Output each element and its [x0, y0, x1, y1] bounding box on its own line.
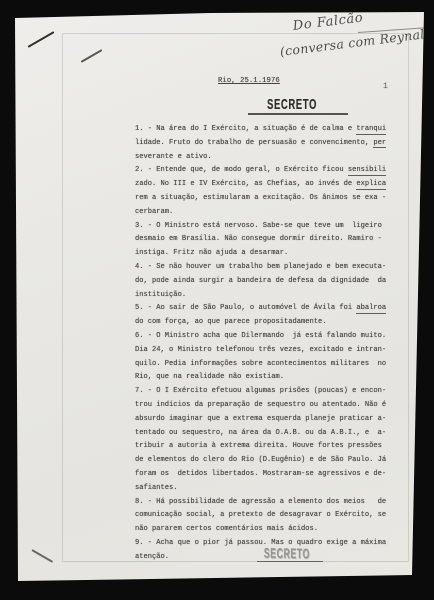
typed-line: do com força, ao que parece propositadam…: [135, 316, 397, 330]
typed-line: 5. - Ao sair de São Paulo, o automóvel d…: [135, 302, 397, 316]
typed-line: 4. - Se não houver um trabalho bem plane…: [135, 261, 397, 275]
typed-line: severante e ativo.: [135, 151, 397, 165]
word-break-underline: abalroa: [356, 304, 386, 314]
pen-check-mark-top-left: [28, 31, 55, 48]
typed-line: comunicação social, a pretexto de desagr…: [135, 509, 397, 523]
typed-line: do, pode ainda surgir a bandeira de defe…: [135, 275, 397, 289]
typed-line: 2. - Entende que, de modo geral, o Exérc…: [135, 164, 397, 178]
secret-stamp-top: SECRETO: [261, 96, 323, 113]
typed-line: instiga. Fritz não ajuda a desarmar.: [135, 247, 397, 261]
typed-line: rem a situação, estimularam a excitação.…: [135, 192, 397, 206]
typed-line: não pararem certos comentários mais ácid…: [135, 523, 397, 537]
typed-line: 3. - O Ministro está nervoso. Sabe-se qu…: [135, 220, 397, 234]
typed-line: quilo. Pedia informações sobre acontecim…: [135, 358, 397, 372]
typed-line: cerbaram.: [135, 206, 397, 220]
scanned-document-background: Do Falcão (conversa com Reynaldo) Rio, 2…: [0, 0, 434, 600]
typed-line: desmaio em Brasília. Não consegue dormir…: [135, 233, 397, 247]
paper-sheet: Do Falcão (conversa com Reynaldo) Rio, 2…: [0, 0, 434, 600]
handwritten-note-line1: Do Falcão: [292, 10, 364, 34]
word-break-underline: per: [373, 139, 386, 149]
typed-line: 8. - Há possibilidade de agressão a elem…: [135, 496, 397, 510]
typed-line: safiantes.: [135, 482, 397, 496]
typed-line: lidade. Fruto do trabalho de persuasão e…: [135, 137, 397, 151]
typed-line: tribuir a autoria à extrema direita. Hou…: [135, 440, 397, 454]
word-break-underline: tranqui: [356, 125, 386, 135]
typed-line: tentado ou sequestro, na área da O.A.B. …: [135, 427, 397, 441]
typed-line: instituição.: [135, 289, 397, 303]
secret-stamp-bottom-underline: [257, 561, 323, 562]
typed-line: zado. No III e IV Exército, as Chefias, …: [135, 178, 397, 192]
pen-check-mark-bottom-left: [32, 549, 54, 562]
typed-line: 1. - Na área do I Exército, a situação é…: [135, 123, 397, 137]
typed-line: foram os detidos libertados. Mostraram-s…: [135, 468, 397, 482]
typed-line: de elementos do clero do Rio (D.Eugênio)…: [135, 454, 397, 468]
dateline: Rio, 25.1.1976: [218, 77, 280, 85]
typed-line: trou indícios da preparação de sequestro…: [135, 399, 397, 413]
word-break-underline: explica: [356, 180, 386, 190]
typed-line: absurdo imaginar que a extrema esquerda …: [135, 413, 397, 427]
secret-stamp-top-underline: [248, 113, 348, 115]
typed-line: Rio, que na realidade não existiam.: [135, 371, 397, 385]
typed-line: 6. - O Ministro acha que Dilermando já e…: [135, 330, 397, 344]
secret-stamp-bottom: SECRETO: [256, 545, 318, 562]
typed-body: 1. - Na área do I Exército, a situação é…: [135, 123, 397, 565]
typed-line: Dia 24, o Ministro telefonou três vezes,…: [135, 344, 397, 358]
page-number-mark: 1: [383, 82, 388, 91]
word-break-underline: sensibili: [348, 166, 386, 176]
typed-line: 7. - O I Exército efetuou algumas prisõe…: [135, 385, 397, 399]
